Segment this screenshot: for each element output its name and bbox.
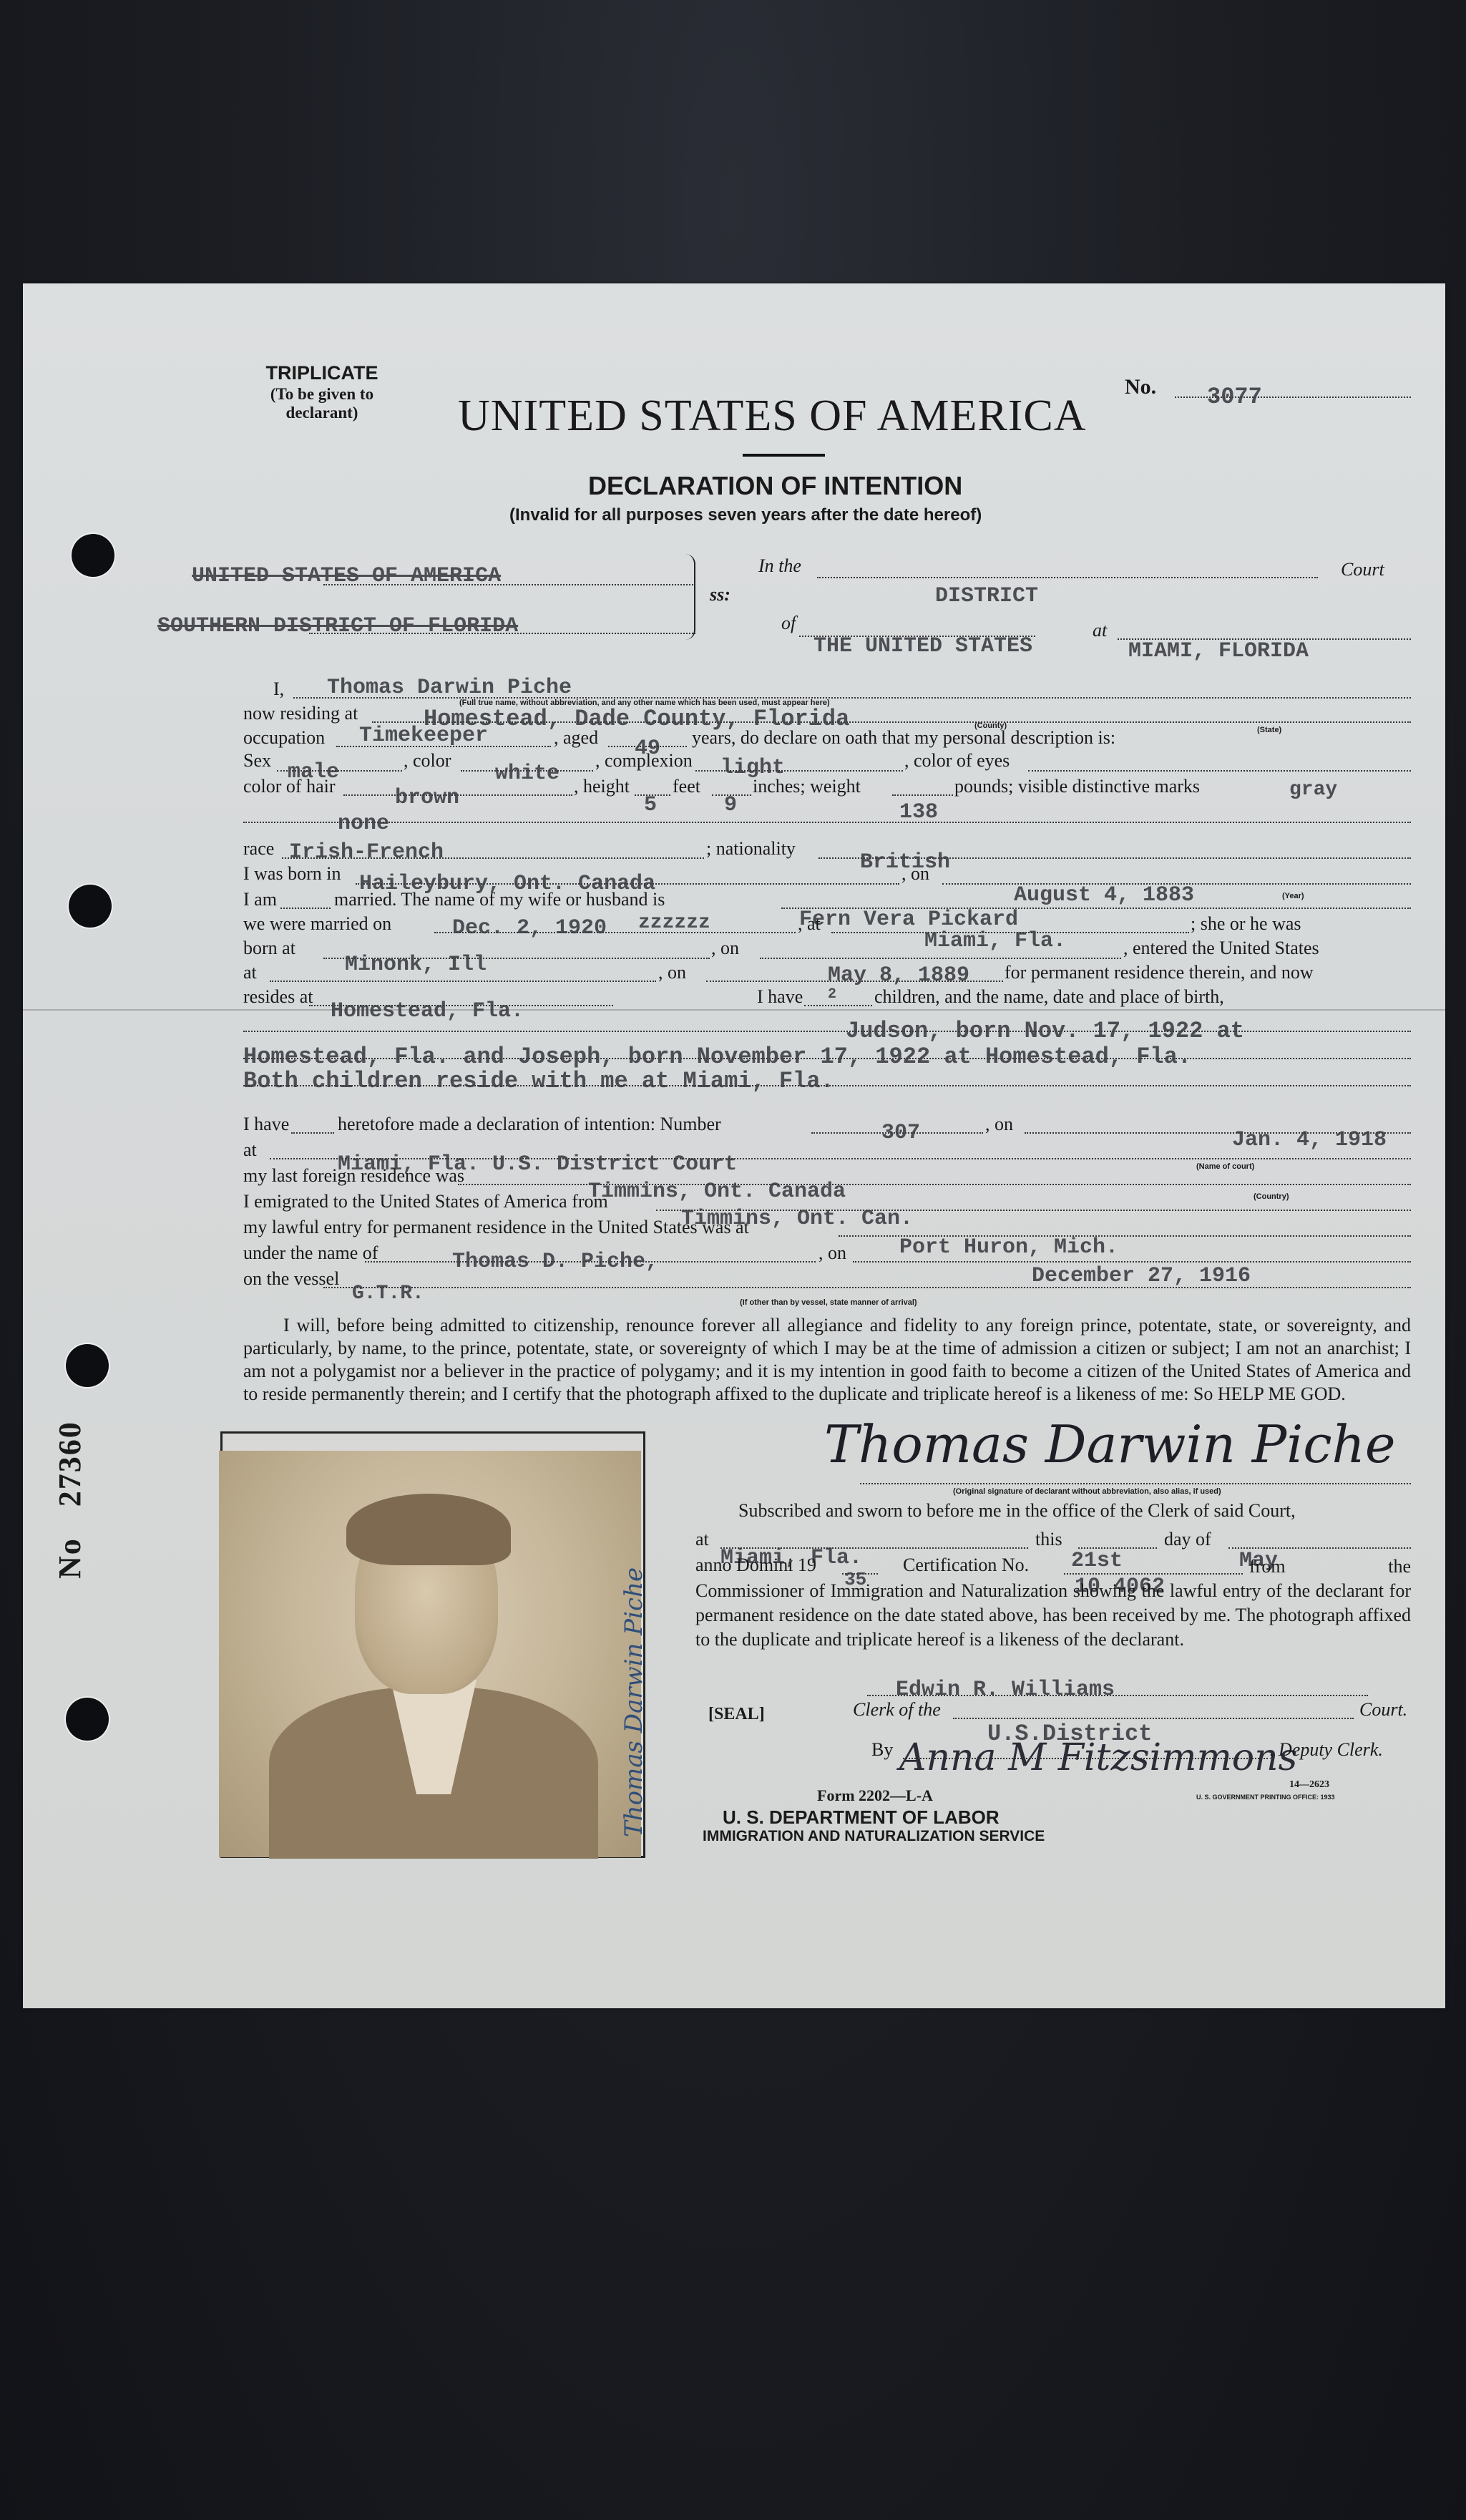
title-rule xyxy=(743,454,825,457)
children-line-3-text: Both children reside with me at Miami, F… xyxy=(243,1068,834,1094)
emigrated-label: I emigrated to the United States of Amer… xyxy=(243,1191,608,1212)
married-at-label: , at xyxy=(798,913,821,935)
vessel-value: G.T.R. xyxy=(352,1283,424,1305)
color-value: white xyxy=(495,762,559,786)
hair-label: color of hair xyxy=(243,776,336,797)
race-value: Irish-French xyxy=(289,840,444,865)
prior-have-label: I have xyxy=(243,1114,289,1135)
clerk-court-line xyxy=(953,1718,1354,1719)
clerk-court-label: Court. xyxy=(1359,1699,1407,1721)
page-title: UNITED STATES OF AMERICA xyxy=(458,391,1086,442)
clerk-of-label: Clerk of the xyxy=(853,1699,941,1721)
children-text: children, and the name, date and place o… xyxy=(874,986,1224,1008)
prior-date: Jan. 4, 1918 xyxy=(1232,1128,1387,1152)
occupation-value: Timekeeper xyxy=(359,724,488,748)
photo-hair xyxy=(346,1494,511,1565)
court-note: (Name of court) xyxy=(1196,1162,1254,1171)
declarant-photo-frame: Thomas Darwin Piche xyxy=(220,1431,645,1858)
entered-text: , entered the United States xyxy=(1123,938,1319,959)
punch-hole xyxy=(66,1344,109,1387)
prior-at-label: at xyxy=(243,1139,257,1161)
oath-paragraph: I will, before being admitted to citizen… xyxy=(243,1314,1411,1406)
aged-label: , aged xyxy=(554,727,598,749)
resides-value: Homestead, Fla. xyxy=(331,999,524,1023)
entered-at-line xyxy=(270,981,656,982)
eyes-line xyxy=(1028,770,1411,772)
spouse-birthdate: May 8, 1889 xyxy=(828,963,969,988)
declarant-name: Thomas Darwin Piche xyxy=(327,676,572,700)
validity-note: (Invalid for all purposes seven years af… xyxy=(509,505,982,525)
subtitle: DECLARATION OF INTENTION xyxy=(588,471,962,501)
prior-number: 307 xyxy=(881,1121,920,1145)
she-he-was: ; she or he was xyxy=(1191,913,1301,935)
brace xyxy=(684,554,695,640)
in-the-label: In the xyxy=(758,555,801,577)
entry-name-label: under the name of xyxy=(243,1242,378,1264)
height-feet: 5 xyxy=(644,793,657,817)
punch-hole xyxy=(66,1698,109,1741)
punch-hole xyxy=(72,534,114,577)
foreign-label: my last foreign residence was xyxy=(243,1165,464,1187)
foreign-residence: Timmins, Ont. Canada xyxy=(588,1179,846,1204)
ss-label: ss: xyxy=(710,584,730,605)
year-note: (Year) xyxy=(1282,892,1304,900)
by-label: By xyxy=(871,1739,893,1761)
spouse-birthdate-line xyxy=(760,958,1121,959)
prior-on-label: , on xyxy=(985,1114,1013,1135)
feet-label: feet xyxy=(673,776,700,797)
entry-place: Port Huron, Mich. xyxy=(899,1235,1118,1260)
i-label: I, xyxy=(273,678,284,700)
resides-label: resides at xyxy=(243,986,313,1008)
race-label: race xyxy=(243,838,274,860)
nationality-label: ; nationality xyxy=(706,838,796,860)
birth-on-label: , on xyxy=(901,863,929,885)
copy-note-1: (To be given to xyxy=(243,385,401,404)
marks-line xyxy=(243,822,1411,823)
day-of-label: day of xyxy=(1164,1529,1211,1550)
children-line-1-text: Judson, born Nov. 17, 1922 at xyxy=(846,1018,1244,1044)
copy-label: TRIPLICATE xyxy=(243,362,401,384)
declaration-document: TRIPLICATE (To be given to declarant) No… xyxy=(23,283,1445,2008)
prior-have-text: heretofore made a declaration of intenti… xyxy=(338,1114,721,1135)
at-label: at xyxy=(1093,620,1107,641)
prior-have-line xyxy=(291,1132,334,1134)
country-note: (Country) xyxy=(1254,1192,1289,1201)
i-am-label: I am xyxy=(243,889,277,910)
court-value: DISTRICT xyxy=(935,584,1038,608)
children-line-2-text: Homestead, Fla. and Joseph, born Novembe… xyxy=(243,1043,1191,1070)
occupation-label: occupation xyxy=(243,727,325,749)
inches-label: inches; weight xyxy=(753,776,861,797)
residing-label: now residing at xyxy=(243,703,358,724)
weight-value: 138 xyxy=(899,800,938,824)
number-label: No. xyxy=(1125,375,1156,399)
entered-at-label: at xyxy=(243,962,257,983)
vessel-note: (If other than by vessel, state manner o… xyxy=(740,1298,917,1307)
spouse-birthplace: Minonk, Ill xyxy=(345,953,487,977)
clerk-name: Edwin R. Williams xyxy=(896,1678,1115,1702)
married-on-label: we were married on xyxy=(243,913,391,935)
entry-label: my lawful entry for permanent residence … xyxy=(243,1217,749,1238)
marks-value: none xyxy=(338,812,389,836)
of-value: THE UNITED STATES xyxy=(813,634,1032,658)
height-label: , height xyxy=(574,776,630,797)
years-text: years, do declare on oath that my person… xyxy=(692,727,1115,749)
born-label: I was born in xyxy=(243,863,341,885)
court-line xyxy=(817,577,1318,578)
signature-note: (Original signature of declarant without… xyxy=(953,1487,1221,1496)
venue-line xyxy=(323,584,695,585)
print-code: 14—2623 xyxy=(1289,1779,1329,1791)
vessel-line xyxy=(323,1287,1411,1288)
sex-label: Sex xyxy=(243,750,271,772)
entered-on-label: , on xyxy=(658,962,686,983)
department: U. S. DEPARTMENT OF LABOR xyxy=(723,1806,1000,1829)
punch-hole xyxy=(69,885,112,928)
state-note: (State) xyxy=(1257,726,1281,734)
declarant-signature: Thomas Darwin Piche xyxy=(824,1414,1396,1474)
cert-text: from the Commissioner of Immigration and… xyxy=(695,1555,1411,1652)
number-value: 3077 xyxy=(1207,384,1262,410)
i-have-label: I have xyxy=(757,986,803,1008)
declarant-photo: Thomas Darwin Piche xyxy=(219,1451,641,1857)
entry-on-label: , on xyxy=(818,1242,846,1264)
jurat-at-label: at xyxy=(695,1529,709,1550)
married-date: Dec. 2, 1920 xyxy=(452,916,607,940)
deputy-label: , Deputy Clerk. xyxy=(1269,1739,1383,1761)
copy-note-2: declarant) xyxy=(243,404,401,422)
entry-date: December 27, 1916 xyxy=(1032,1264,1251,1288)
married-text: married. The name of my wife or husband … xyxy=(334,889,665,910)
of-label: of xyxy=(781,613,796,634)
form-number: Form 2202—L-A xyxy=(817,1786,933,1805)
entry-name: Thomas D. Piche, xyxy=(452,1250,658,1274)
subscribed-text: Subscribed and sworn to before me in the… xyxy=(738,1500,1296,1522)
printer-imprint: U. S. GOVERNMENT PRINTING OFFICE: 1933 xyxy=(1196,1794,1335,1801)
married-line xyxy=(280,908,331,909)
side-serial: No 27360 xyxy=(52,1421,88,1579)
permanent-text: for permanent residence therein, and now xyxy=(1005,962,1314,983)
married-place: Miami, Fla. xyxy=(924,929,1066,953)
color-label: , color xyxy=(404,750,451,772)
struck-text: zzzzzz xyxy=(638,912,710,934)
photo-signature: Thomas Darwin Piche xyxy=(620,1567,648,1837)
this-label: this xyxy=(1035,1529,1062,1550)
seal-label: [SEAL] xyxy=(708,1705,765,1724)
pounds-label: pounds; visible distinctive marks xyxy=(954,776,1200,797)
children-count: 2 xyxy=(828,986,836,1003)
birthdate-value: August 4, 1883 xyxy=(1014,883,1194,908)
spouse-on-label: , on xyxy=(711,938,739,959)
complexion-label: , complexion xyxy=(595,750,693,772)
entry-date-line xyxy=(853,1261,1411,1263)
signature-line xyxy=(860,1483,1411,1484)
spouse-value: Fern Vera Pickard xyxy=(799,908,1018,932)
venue-line xyxy=(309,633,695,634)
hair-value: brown xyxy=(395,786,459,810)
children-count-line xyxy=(804,1005,872,1006)
side-number: 27360 xyxy=(52,1421,87,1507)
court-label: Court xyxy=(1341,559,1384,580)
service: IMMIGRATION AND NATURALIZATION SERVICE xyxy=(703,1828,1045,1845)
fold-crease xyxy=(23,1009,1445,1011)
eyes-value: gray xyxy=(1289,779,1337,801)
side-number-prefix: No xyxy=(52,1537,87,1579)
height-inches: 9 xyxy=(724,793,737,817)
eyes-label: , color of eyes xyxy=(904,750,1010,772)
weight-line xyxy=(892,794,953,796)
venue-left-line2: SOUTHERN DISTRICT OF FLORIDA xyxy=(157,614,518,638)
at-value: MIAMI, FLORIDA xyxy=(1128,639,1309,663)
spouse-born-at-label: born at xyxy=(243,938,295,959)
deputy-signature: Anna M Fitzsimmons xyxy=(899,1736,1297,1779)
